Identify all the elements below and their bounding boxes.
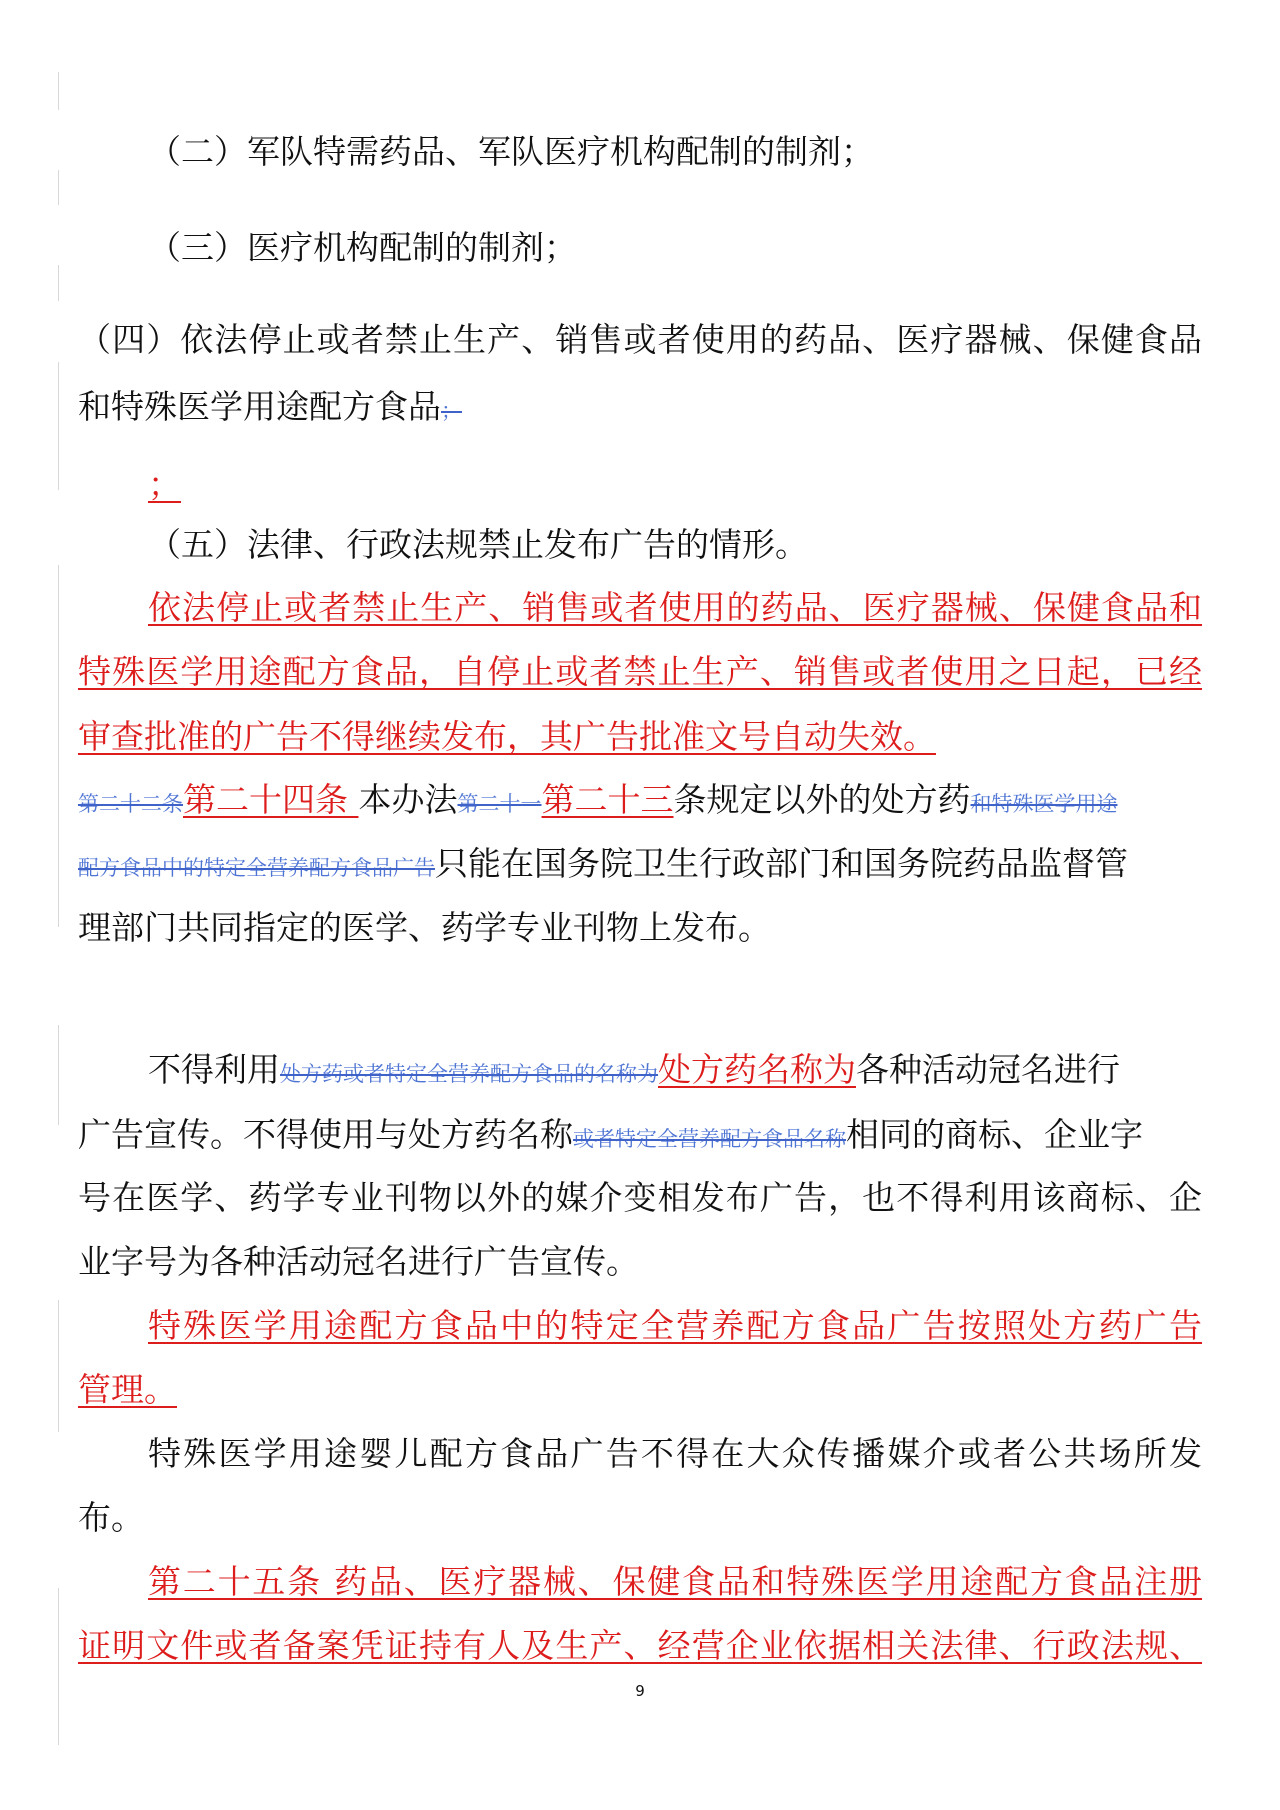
paragraph-item-3: （三）医疗机构配制的制剂； — [148, 226, 1202, 270]
deleted-text: 配方食品中的特定全营养配方食品广告 — [78, 856, 435, 880]
text: 条规定以外的处方药 — [674, 780, 971, 819]
text: 只能在国务院卫生行政部门和国务院药品监督管 — [435, 844, 1128, 883]
paragraph-naming-line2: 广告宣传。不得使用与处方药名称或者特定全营养配方食品名称相同的商标、企业字 — [78, 1113, 1202, 1157]
text: （三）医疗机构配制的制剂； — [148, 228, 577, 267]
deleted-text: 第二十一 — [458, 792, 542, 816]
text: 特殊医学用途婴儿配方食品广告不得在大众传播媒介或者公共场所发 — [148, 1434, 1202, 1473]
inserted-text: 特殊医学用途配方食品中的特定全营养配方食品广告按照处方药广告 — [148, 1306, 1202, 1345]
inserted-text: 第二十五条 药品、医疗器械、保健食品和特殊医学用途配方食品注册 — [148, 1562, 1202, 1601]
inserted-paragraph-line3: 审查批准的广告不得继续发布，其广告批准文号自动失效。 — [78, 715, 1202, 759]
deleted-text: 或者特定全营养配方食品名称 — [573, 1127, 846, 1151]
text: （五）法律、行政法规禁止发布广告的情形。 — [148, 525, 808, 564]
inserted-text: 处方药名称为 — [658, 1050, 856, 1089]
paragraph-item-5: （五）法律、行政法规禁止发布广告的情形。 — [148, 523, 1202, 567]
text: （四）依法停止或者禁止生产、销售或者使用的药品、医疗器械、保健食品 — [78, 320, 1202, 359]
deleted-text: ； — [441, 399, 462, 423]
change-bar — [58, 1025, 59, 1125]
text: 广告宣传。不得使用与处方药名称 — [78, 1115, 573, 1154]
change-bar — [58, 362, 59, 490]
paragraph-item-2: （二）军队特需药品、军队医疗机构配制的制剂； — [148, 130, 1202, 174]
text: 理部门共同指定的医学、药学专业刊物上发布。 — [78, 908, 771, 947]
change-bar — [58, 170, 59, 205]
inserted-text: 依法停止或者禁止生产、销售或者使用的药品、医疗器械、保健食品和 — [148, 588, 1202, 627]
paragraph-infant-formula-line2: 布。 — [78, 1496, 1202, 1540]
deleted-text: 处方药或者特定全营养配方食品的名称为 — [280, 1062, 658, 1086]
paragraph-naming-line1: 不得利用处方药或者特定全营养配方食品的名称为处方药名称为各种活动冠名进行 — [148, 1048, 1202, 1092]
text: 不得利用 — [148, 1050, 280, 1089]
deleted-article-number: 第二十二条 — [78, 792, 183, 816]
inserted-paragraph-special-food-line1: 特殊医学用途配方食品中的特定全营养配方食品广告按照处方药广告 — [148, 1304, 1202, 1348]
inserted-text: 管理。 — [78, 1370, 177, 1409]
text: （二）军队特需药品、军队医疗机构配制的制剂； — [148, 132, 874, 171]
text: 和特殊医学用途配方食品 — [78, 387, 441, 426]
text: 相同的商标、企业字 — [846, 1115, 1143, 1154]
paragraph-infant-formula-line1: 特殊医学用途婴儿配方食品广告不得在大众传播媒介或者公共场所发 — [148, 1432, 1202, 1476]
change-bar — [58, 265, 59, 301]
text: 业字号为各种活动冠名进行广告宣传。 — [78, 1242, 639, 1281]
inserted-text: 第二十三 — [542, 780, 674, 819]
article-25-line2: 证明文件或者备案凭证持有人及生产、经营企业依据相关法律、行政法规、 — [78, 1624, 1202, 1668]
text: 各种活动冠名进行 — [856, 1050, 1120, 1089]
article-24-line2: 配方食品中的特定全营养配方食品广告只能在国务院卫生行政部门和国务院药品监督管 — [78, 842, 1202, 886]
inserted-paragraph-line1: 依法停止或者禁止生产、销售或者使用的药品、医疗器械、保健食品和 — [148, 586, 1202, 630]
article-25-line1: 第二十五条 药品、医疗器械、保健食品和特殊医学用途配方食品注册 — [148, 1560, 1202, 1604]
text: 号在医学、药学专业刊物以外的媒介变相发布广告，也不得利用该商标、企 — [78, 1178, 1202, 1217]
paragraph-naming-line4: 业字号为各种活动冠名进行广告宣传。 — [78, 1240, 1202, 1284]
text: 布。 — [78, 1498, 144, 1537]
deleted-text: 和特殊医学用途 — [971, 792, 1118, 816]
page-number: 9 — [630, 1682, 650, 1700]
change-bar — [58, 1588, 59, 1745]
inserted-text: 审查批准的广告不得继续发布，其广告批准文号自动失效。 — [78, 717, 936, 756]
paragraph-item-4-line2: 和特殊医学用途配方食品； — [78, 385, 1202, 429]
article-24-line1: 第二十二条第二十四条 本办法第二十一第二十三条规定以外的处方药和特殊医学用途 — [78, 778, 1202, 822]
article-24-line3: 理部门共同指定的医学、药学专业刊物上发布。 — [78, 906, 1202, 950]
text: 本办法 — [359, 780, 458, 819]
change-bar — [58, 72, 59, 110]
change-bar — [58, 565, 59, 927]
inserted-text: ； — [148, 465, 181, 504]
paragraph-naming-line3: 号在医学、药学专业刊物以外的媒介变相发布广告，也不得利用该商标、企 — [78, 1176, 1202, 1220]
change-bar — [58, 1300, 59, 1432]
paragraph-item-4-line1: （四）依法停止或者禁止生产、销售或者使用的药品、医疗器械、保健食品 — [78, 318, 1202, 362]
inserted-text: 证明文件或者备案凭证持有人及生产、经营企业依据相关法律、行政法规、 — [78, 1626, 1202, 1665]
inserted-article-number: 第二十四条 — [183, 780, 359, 819]
inserted-paragraph-special-food-line2: 管理。 — [78, 1368, 1202, 1412]
inserted-semicolon-line: ； — [148, 463, 1202, 507]
inserted-paragraph-line2: 特殊医学用途配方食品，自停止或者禁止生产、销售或者使用之日起，已经 — [78, 650, 1202, 694]
inserted-text: 特殊医学用途配方食品，自停止或者禁止生产、销售或者使用之日起，已经 — [78, 652, 1202, 691]
